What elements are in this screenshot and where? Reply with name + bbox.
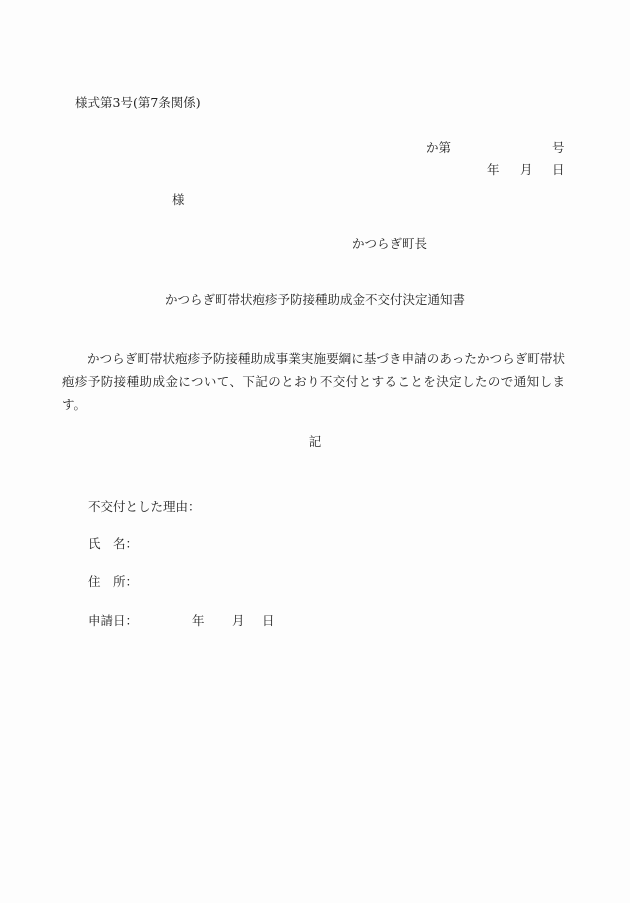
doc-number-unit: 号: [552, 138, 565, 156]
application-date-day-label: 日: [262, 611, 275, 629]
address-label: 住 所：: [88, 574, 138, 590]
doc-number-prefix: か第: [426, 138, 451, 156]
body-paragraph: かつらぎ町帯状疱疹予防接種助成事業実施要綱に基づき申請のあったかつらぎ町帯状疱疹…: [62, 347, 565, 416]
application-date-year-label: 年: [192, 611, 205, 629]
issue-date-day-label: 日: [552, 160, 565, 178]
document-title: かつらぎ町帯状疱疹予防接種助成金不交付決定通知書: [0, 292, 630, 308]
document-page: 様式第3号(第7条関係) か第 号 年 月 日 様 かつらぎ町長 かつらぎ町帯状…: [0, 0, 630, 903]
record-heading: 記: [0, 434, 630, 450]
application-date-label: 申請日：: [88, 611, 138, 629]
reason-label: 不交付とした理由：: [88, 499, 201, 515]
application-date-month-label: 月: [232, 611, 245, 629]
issue-date-year-label: 年: [487, 160, 500, 178]
doc-number-line: か第 号: [0, 138, 630, 156]
recipient-honorific: 様: [172, 192, 185, 208]
issue-date-line: 年 月 日: [0, 160, 630, 178]
application-date-line: 申請日： 年 月 日: [0, 611, 630, 629]
issue-date-month-label: 月: [520, 160, 533, 178]
name-label: 氏 名：: [88, 536, 138, 552]
sender-title: かつらぎ町長: [352, 236, 427, 252]
form-number: 様式第3号(第7条関係): [75, 95, 201, 111]
